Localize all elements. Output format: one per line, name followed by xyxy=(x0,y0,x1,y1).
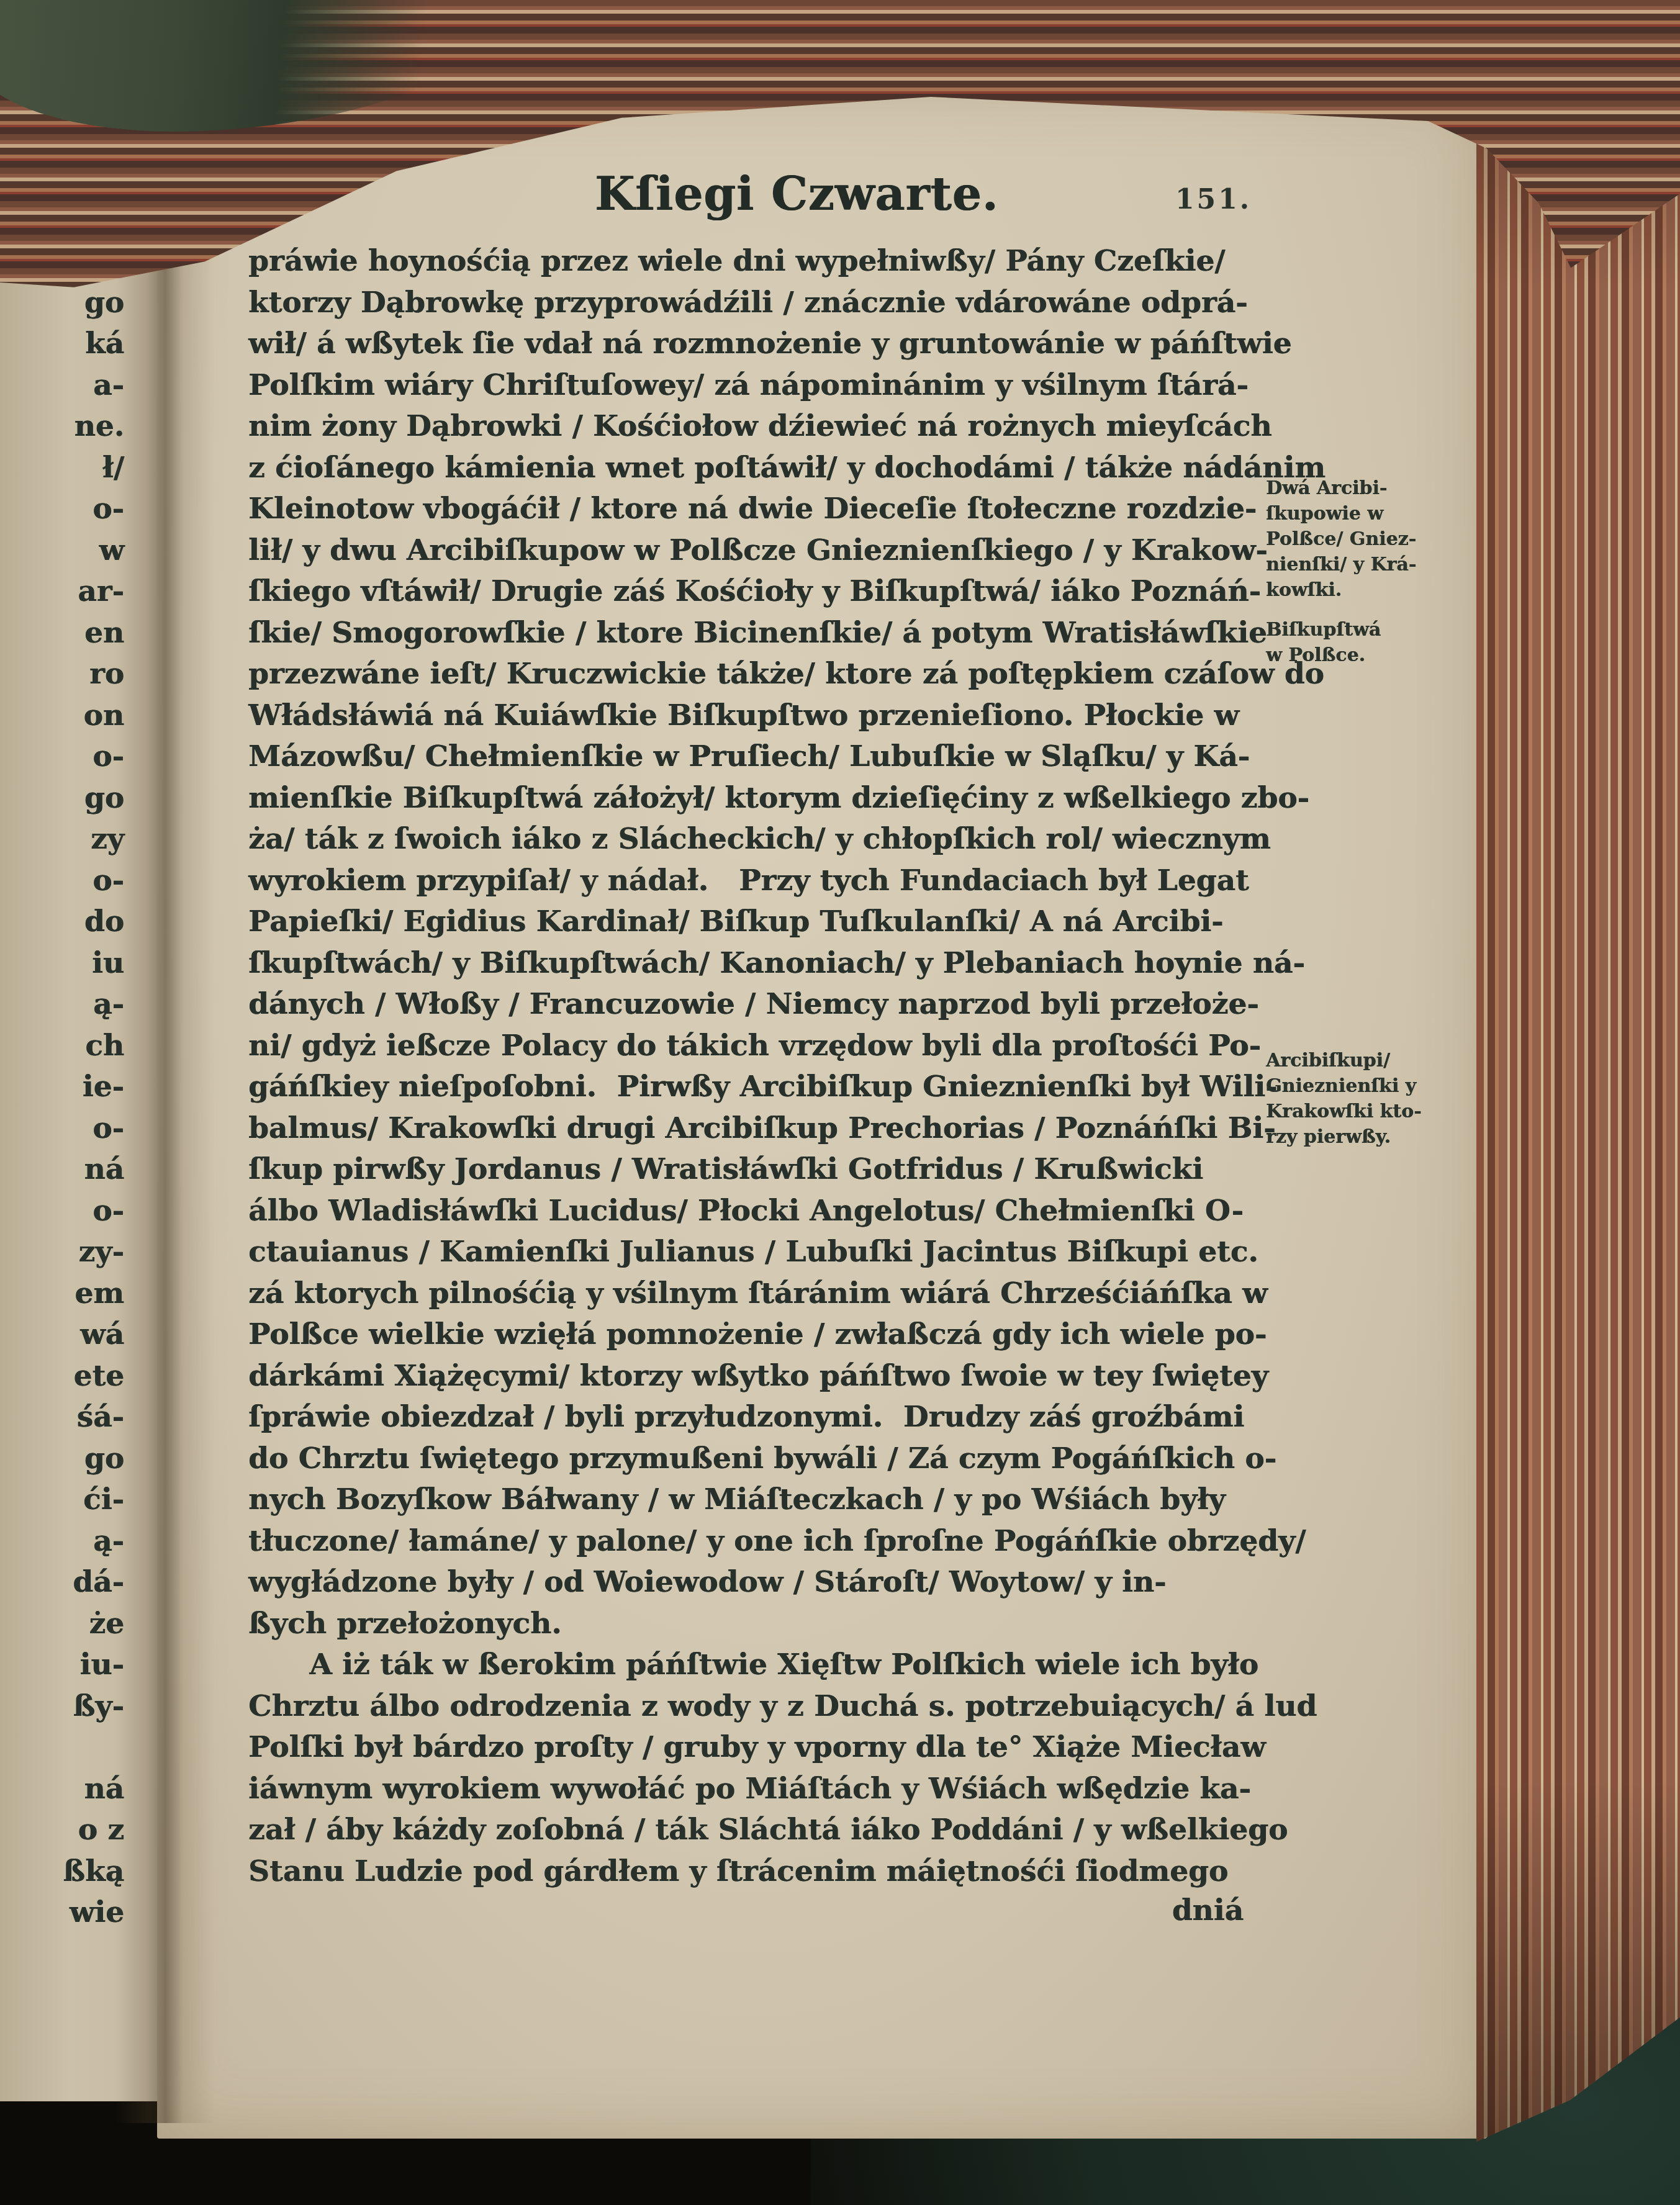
text-line: przezwáne ieſt/ Kruczwickie tákże/ ktore… xyxy=(248,654,1298,695)
text-line: ſkup pirwßy Jordanus / Wratisłáwſki Gotf… xyxy=(248,1149,1298,1191)
book-page: Kſiegi Czwarte. 151. práwie hoynośćią pr… xyxy=(157,86,1487,2139)
text-line: wygłádzone były / od Woiewodow / Stároſt… xyxy=(248,1562,1298,1603)
text-line: nim żony Dąbrowki / Kośćiołow dźiewieć n… xyxy=(248,406,1298,448)
text-line: mienſkie Biſkupſtwá záłożył/ ktorym dzie… xyxy=(248,778,1298,819)
book-fore-edge-leaves xyxy=(1476,79,1680,2154)
text-line: lił/ y dwu Arcibiſkupow w Polßcze Gniezn… xyxy=(248,530,1298,572)
text-line: zá ktorych pilnośćią y vśilnym ſtáránim … xyxy=(248,1273,1298,1315)
text-line: Polſkim wiáry Chriſtuſowey/ zá nápominán… xyxy=(248,365,1298,407)
text-line: zał / áby káżdy zoſobná / ták Sláchtá iá… xyxy=(248,1810,1298,1851)
text-line: balmus/ Krakowſki drugi Arcibiſkup Prech… xyxy=(248,1108,1298,1150)
text-line: ktorzy Dąbrowkę przyprowádźili / znáczni… xyxy=(248,282,1298,324)
margin-note-line: Dwá Arcibi- xyxy=(1266,476,1471,501)
text-line: Papieſki/ Egidius Kardinał/ Biſkup Tuſku… xyxy=(248,901,1298,943)
text-line: do Chrztu ſwiętego przymußeni bywáli / Z… xyxy=(248,1438,1298,1480)
margin-note-bishoprics: Biſkupſtwáw Polßce. xyxy=(1266,617,1471,668)
text-line: wił/ á wßytek ſie vdał ná rozmnożenie y … xyxy=(248,323,1298,365)
text-line: Włádsłáwiá ná Kuiáwſkie Biſkupſtwo przen… xyxy=(248,695,1298,737)
text-line: wyrokiem przypiſał/ y nádał. Przy tych F… xyxy=(248,860,1298,902)
text-line: iáwnym wyrokiem wywołáć po Miáſtách y Wś… xyxy=(248,1769,1298,1810)
book-spread-photo: o-gokáa-ne.ł/o-war-enroono-gozyo-doiuą-c… xyxy=(0,0,1680,2205)
margin-note-line: Arcibiſkupi/ xyxy=(1266,1048,1471,1073)
catchword: dniá xyxy=(1057,1893,1244,1928)
margin-note-line: rzy pierwßy. xyxy=(1266,1124,1471,1150)
text-line: dánych / Włoßy / Francuzowie / Niemcy na… xyxy=(248,984,1298,1026)
text-line: ſkupſtwách/ y Biſkupſtwách/ Kanoniach/ y… xyxy=(248,943,1298,985)
text-line: Kleinotow vbogáćił / ktore ná dwie Diece… xyxy=(248,489,1298,530)
page-number: 151. xyxy=(1175,184,1275,215)
main-text-block: práwie hoynośćią przez wiele dni wypełni… xyxy=(248,241,1298,1892)
margin-note-line: Krakowſki kto- xyxy=(1266,1099,1471,1124)
margin-note-line: ſkupowie w xyxy=(1266,501,1471,526)
text-line: dárkámi Xiążęcymi/ ktorzy wßytko páńſtwo… xyxy=(248,1356,1298,1397)
margin-note-line: w Polßce. xyxy=(1266,643,1471,668)
text-line: álbo Wladisłáwſki Lucidus/ Płocki Angelo… xyxy=(248,1191,1298,1232)
text-line: ctauianus / Kamienſki Julianus / Lubuſki… xyxy=(248,1232,1298,1273)
text-line: ſpráwie obiezdzał / byli przyłudzonymi. … xyxy=(248,1397,1298,1438)
text-line: gáńſkiey nieſpoſobni. Pirwßy Arcibiſkup … xyxy=(248,1066,1298,1108)
running-header: Kſiegi Czwarte. xyxy=(585,168,1008,221)
margin-note-line: Biſkupſtwá xyxy=(1266,617,1471,643)
text-line: Chrztu álbo odrodzenia z wody y z Duchá … xyxy=(248,1686,1298,1728)
text-line: A iż ták w ßerokim páńſtwie Xięſtw Polſk… xyxy=(248,1644,1298,1686)
text-line: ßych przełożonych. xyxy=(248,1603,1298,1645)
text-line: tłuczone/ łamáne/ y palone/ y one ich ſp… xyxy=(248,1521,1298,1562)
text-line: z ćioſánego kámienia wnet poſtáwił/ y do… xyxy=(248,448,1298,489)
margin-note-line: nienſki/ y Krá- xyxy=(1266,552,1471,577)
text-line: ni/ gdyż ießcze Polacy do tákich vrzędow… xyxy=(248,1026,1298,1067)
text-line: ża/ ták z ſwoich iáko z Slácheckich/ y c… xyxy=(248,819,1298,860)
text-line: nych Bozyſkow Báłwany / w Miáſteczkach /… xyxy=(248,1479,1298,1521)
text-line: ſkiego vſtáwił/ Drugie záś Kośćioły y Bi… xyxy=(248,571,1298,613)
text-line: Polſki był bárdzo proſty / gruby y vporn… xyxy=(248,1727,1298,1769)
text-line: práwie hoynośćią przez wiele dni wypełni… xyxy=(248,241,1298,282)
margin-note-line: Polßce/ Gniez- xyxy=(1266,526,1471,552)
margin-note-line: Gnieznienſki y xyxy=(1266,1073,1471,1099)
text-line: Polßce wielkie wzięłá pomnożenie / zwłaß… xyxy=(248,1314,1298,1356)
text-line: ſkie/ Smogorowſkie / ktore Bicinenſkie/ … xyxy=(248,613,1298,654)
text-line: Stanu Ludzie pod gárdłem y ſtrácenim mái… xyxy=(248,1851,1298,1893)
margin-note-archbishops: Dwá Arcibi-ſkupowie wPolßce/ Gniez-nienſ… xyxy=(1266,476,1471,603)
margin-note-line: kowſki. xyxy=(1266,577,1471,603)
book-gutter-shadow xyxy=(115,205,215,2123)
text-line: Mázowßu/ Chełmienſkie w Pruſiech/ Lubuſk… xyxy=(248,736,1298,778)
margin-note-first-archbishops: Arcibiſkupi/Gnieznienſki yKrakowſki kto-… xyxy=(1266,1048,1471,1150)
